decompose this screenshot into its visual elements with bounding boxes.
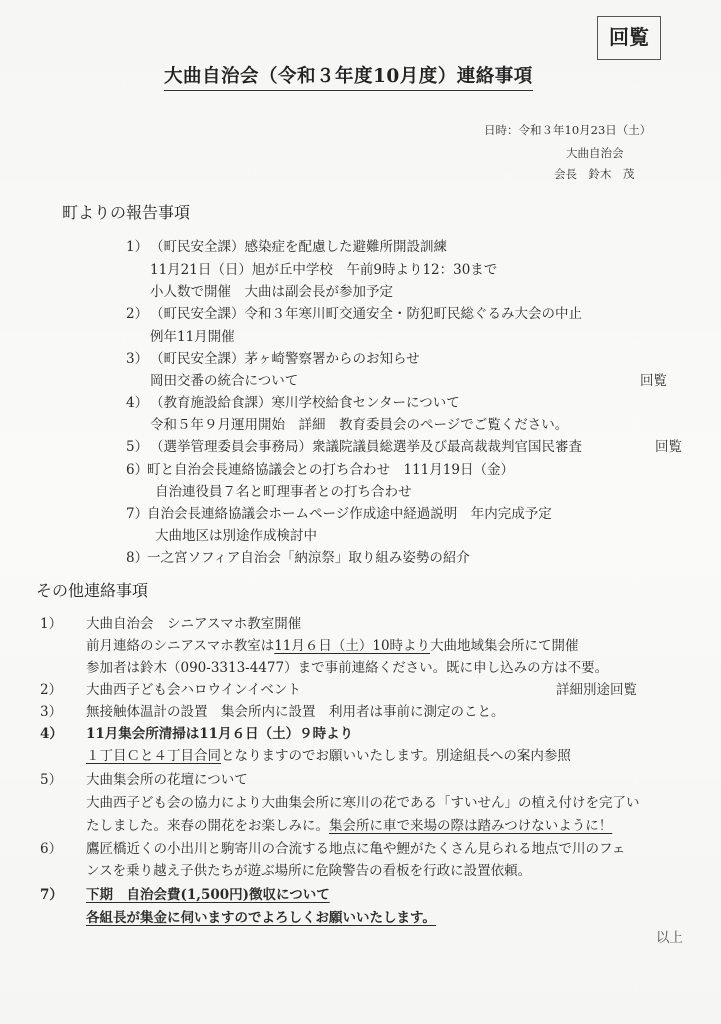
item-number: 6） (126, 458, 148, 478)
item-line: 大曲西子ども会の協力により大曲集会所に寒川の花である「すいせん」の植え付けを完了… (86, 791, 640, 811)
item-line: 各組長が集金に伺いますのでよろしくお願いいたします。 (86, 906, 436, 926)
item-line: 鷹匠橋近くの小出川と駒寄川の合流する地点に亀や鯉がたくさん見られる地点で川のフェ (86, 837, 625, 857)
item-line: 前月連絡のシニアスマホ教室は11月６日（土）10時より大曲地域集会所にて開催 (86, 634, 579, 654)
item-line: 下期 自治会費(1,500円)徴収について (86, 883, 330, 903)
item-number: 7） (126, 502, 148, 522)
item-line: 11月集会所清掃は11月６日（土）９時より (86, 722, 353, 742)
item-line: 自治会長連絡協議会ホームページ作成途中経過説明 年内完成予定 (147, 502, 552, 522)
item-line: （教育施設給食課）寒川学校給食センターについて (150, 391, 460, 411)
item-line: （町民安全課）茅ヶ崎警察署からのお知らせ (150, 347, 420, 367)
underlined-text: １丁目Ｃと４丁目合同 (86, 748, 221, 764)
item-number: 1） (126, 235, 148, 255)
item-line: 町と自治会長連絡協議会との打ち合わせ 111月19日（金） (147, 458, 514, 478)
item-number: 8） (126, 546, 148, 566)
meta-date: 日時：令和３年10月23日（土） (484, 122, 651, 138)
text: 前月連絡のシニアスマホ教室は (86, 638, 274, 654)
meta-organization: 大曲自治会 (566, 145, 624, 161)
item-number: 2） (40, 678, 62, 698)
item-line: 大曲地区は別途作成検討中 (155, 524, 317, 544)
item-line: 令和５年９月運用開始 詳細 教育委員会のページでご覧ください。 (150, 413, 568, 433)
item-line: 11月21日（日）旭が丘中学校 午前9時より12：30まで (150, 258, 497, 278)
item-number: 3） (40, 700, 62, 720)
item-number: 4） (126, 391, 148, 411)
item-number: 6） (40, 837, 62, 857)
item-line: 自治連役員７名と町理事者との打ち合わせ (155, 480, 412, 500)
details-circulation-note: 詳細別途回覧 (556, 678, 637, 698)
item-line: （選挙管理委員会事務局）衆議院議員総選挙及び最高裁裁判官国民審査 (150, 435, 582, 455)
item-line: 岡田交番の統合について (150, 369, 298, 389)
document-title: 大曲自治会（令和３年度10月度）連絡事項 (164, 62, 533, 91)
item-line: 参加者は鈴木（090-3313-4477）まで事前連絡ください。既に申し込みの方… (86, 656, 608, 676)
item-line: 大曲自治会 シニアスマホ教室開催 (86, 612, 301, 632)
closing-mark: 以上 (656, 926, 683, 946)
item-line: たしました。来春の開花をお楽しみに。集会所に車で来場の際は踏みつけないように！ (86, 814, 612, 834)
section-heading-other-notices: その他連絡事項 (36, 578, 148, 601)
item-line: 無接触体温計の設置 集会所内に設置 利用者は事前に測定のこと。 (86, 700, 505, 720)
underlined-datetime: 11月６日（土）10時より (274, 638, 430, 654)
item-line: （町民安全課）令和３年寒川町交通安全・防犯町民総ぐるみ大会の中止 (150, 302, 582, 322)
item-number: 7） (40, 883, 63, 903)
document-page: 回覧 大曲自治会（令和３年度10月度）連絡事項 日時：令和３年10月23日（土）… (0, 0, 721, 1024)
item-number: 5） (40, 768, 62, 788)
item-number: 5） (126, 435, 148, 455)
item-line: 大曲集会所の花壇について (86, 768, 248, 788)
text: となりますのでお願いいたします。別途組長への案内参照 (221, 748, 571, 764)
item-line: 例年11月開催 (150, 325, 235, 345)
item-line: 一之宮ソフィア自治会「納涼祭」取り組み姿勢の紹介 (147, 546, 470, 566)
item-number: 3） (126, 347, 148, 367)
meta-chairperson: 会長 鈴木 茂 (554, 166, 635, 182)
underlined-warning: 集会所に車で来場の際は踏みつけないように！ (329, 818, 612, 834)
circulation-stamp-box: 回覧 (597, 16, 661, 60)
item-number: 1） (40, 612, 62, 632)
item-line: １丁目Ｃと４丁目合同となりますのでお願いいたします。別途組長への案内参照 (86, 744, 571, 764)
item-line: （町民安全課）感染症を配慮した避難所開設訓練 (150, 235, 447, 255)
circulation-note: 回覧 (640, 369, 667, 389)
item-number: 4） (40, 722, 63, 742)
text: 大曲地域集会所にて開催 (430, 638, 579, 654)
item-line: ンスを乗り越え子供たちが遊ぶ場所に危険警告の看板を行政に設置依頼。 (86, 859, 531, 879)
item-line: 小人数で開催 大曲は副会長が参加予定 (150, 280, 393, 300)
circulation-note: 回覧 (655, 435, 682, 455)
text: たしました。来春の開花をお楽しみに。 (86, 818, 329, 834)
item-number: 2） (126, 302, 148, 322)
section-heading-town-reports: 町よりの報告事項 (62, 200, 190, 223)
item-line: 大曲西子ども会ハロウインイベント (86, 678, 301, 698)
